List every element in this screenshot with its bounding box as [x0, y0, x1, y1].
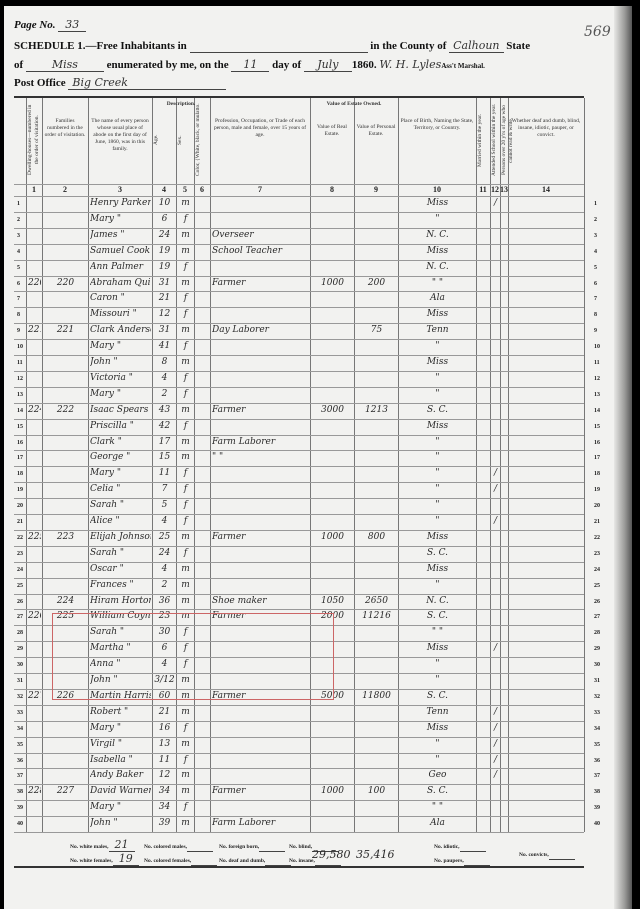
cell-birth: " [400, 389, 475, 399]
cell-family: 224 [44, 596, 87, 606]
row-rule [14, 387, 584, 388]
cell-sex: f [178, 468, 193, 478]
deaf-dumb-label: No. deaf and dumb, [219, 858, 265, 864]
row-number-left: 7 [17, 296, 20, 302]
row-rule [14, 212, 584, 213]
cell-family: 223 [44, 532, 87, 542]
row-number-right: 37 [594, 773, 600, 779]
column-divider [476, 98, 477, 832]
idiotic: No. idiotic, [434, 838, 486, 852]
cell-occupation: " " [212, 452, 309, 462]
page-no-value: 33 [58, 18, 86, 32]
row-number-right: 22 [594, 535, 600, 541]
cell-birth: S. C. [400, 548, 475, 558]
cell-sex: m [178, 786, 193, 796]
county-label: in the County of [370, 40, 446, 52]
cell-age: 4 [154, 373, 175, 383]
cell-birth: " [400, 516, 475, 526]
cell-name: Sarah " [90, 548, 151, 558]
census-sheet: Page No. 33 569 SCHEDULE 1.—Free Inhabit… [4, 6, 632, 909]
cell-birth: " [400, 341, 475, 351]
column-divider [398, 98, 399, 832]
cell-family: 220 [44, 278, 87, 288]
row-number-right: 13 [594, 392, 600, 398]
cell-sex: m [178, 580, 193, 590]
row-number-left: 12 [17, 376, 23, 382]
cell-sex: f [178, 293, 193, 303]
cell-sex: m [178, 230, 193, 240]
colored-males: No. colored males, [144, 838, 213, 852]
cell-age: 39 [154, 818, 175, 828]
row-rule [14, 816, 584, 817]
row-number-left: 27 [17, 614, 23, 620]
cell-birth: S. C. [400, 786, 475, 796]
cell-birth: Miss [400, 246, 475, 256]
cell-age: 16 [154, 723, 175, 733]
cell-age: 4 [154, 564, 175, 574]
cell-name: Elijah Johnson [90, 532, 151, 542]
cell-family: 221 [44, 325, 87, 335]
cell-name: Isaac Spears [90, 405, 151, 415]
cell-sex: f [178, 373, 193, 383]
cell-personal: 800 [356, 532, 397, 542]
cell-school: / [492, 723, 499, 733]
cell-age: 4 [154, 516, 175, 526]
row-number-right: 6 [594, 281, 597, 287]
cell-birth: " [400, 373, 475, 383]
cell-birth: " [400, 739, 475, 749]
row-number-right: 7 [594, 296, 597, 302]
row-number-left: 25 [17, 583, 23, 589]
cell-sex: m [178, 818, 193, 828]
row-number-right: 24 [594, 567, 600, 573]
column-number-10: 10 [398, 185, 476, 194]
cell-sex: f [178, 516, 193, 526]
column-header-11: Married within the year. [477, 102, 489, 178]
foreign-born-label: No. foreign born, [219, 844, 259, 850]
cell-school: / [492, 707, 499, 717]
cell-family: 222 [44, 405, 87, 415]
of-label: of [14, 59, 23, 71]
cell-name: Hiram Horton [90, 596, 151, 606]
row-rule [14, 832, 584, 833]
row-number-right: 9 [594, 328, 597, 334]
row-number-left: 2 [17, 217, 20, 223]
cell-age: 13 [154, 739, 175, 749]
day-value: 11 [231, 58, 269, 72]
cell-sex: f [178, 484, 193, 494]
state-label: State [506, 40, 530, 52]
cell-age: 17 [154, 437, 175, 447]
column-divider [194, 98, 195, 832]
row-rule [14, 450, 584, 451]
cell-name: Mary " [90, 389, 151, 399]
row-number-left: 10 [17, 344, 23, 350]
row-number-left: 18 [17, 471, 23, 477]
cell-school: / [492, 739, 499, 749]
cell-birth: " " [400, 802, 475, 812]
cell-age: 11 [154, 468, 175, 478]
cell-name: Mary " [90, 341, 151, 351]
cell-birth: " [400, 484, 475, 494]
row-rule [14, 482, 584, 483]
day-of-label: day of [272, 59, 301, 71]
convicts: No. convicts, [519, 846, 575, 860]
blind-label: No. blind, [289, 844, 312, 850]
real-estate-total: 29,580 [312, 848, 351, 861]
cell-name: Isabella " [90, 755, 151, 765]
row-rule [14, 768, 584, 769]
column-header-14: Whether deaf and dumb, blind, insane, id… [510, 118, 582, 139]
cell-age: 5 [154, 500, 175, 510]
row-number-left: 17 [17, 455, 23, 461]
row-rule [14, 466, 584, 467]
cell-occupation: Farm Laborer [212, 437, 309, 447]
row-number-right: 5 [594, 265, 597, 271]
cell-occupation: Farmer [212, 532, 309, 542]
column-number-5: 5 [176, 185, 194, 194]
cell-name: Henry Parker [90, 198, 151, 208]
cell-birth: " [400, 500, 475, 510]
cell-name: Mary " [90, 723, 151, 733]
row-rule [14, 371, 584, 372]
cell-dwelling: 224 [28, 405, 41, 415]
cell-occupation: Farmer [212, 405, 309, 415]
cell-name: Victoria " [90, 373, 151, 383]
row-number-left: 24 [17, 567, 23, 573]
white-females-label: No. white females, [70, 858, 113, 864]
cell-age: 15 [154, 452, 175, 462]
cell-name: Mary " [90, 214, 151, 224]
row-number-right: 40 [594, 821, 600, 827]
row-number-left: 32 [17, 694, 23, 700]
cell-sex: m [178, 452, 193, 462]
cell-birth: Ala [400, 818, 475, 828]
cell-birth: Tenn [400, 325, 475, 335]
cell-personal: 200 [356, 278, 397, 288]
row-number-right: 36 [594, 758, 600, 764]
paupers: No. paupers, [434, 852, 490, 866]
cell-real: 3000 [312, 405, 353, 415]
cell-age: 25 [154, 532, 175, 542]
cell-age: 21 [154, 707, 175, 717]
cell-personal: 75 [356, 325, 397, 335]
cell-family: 227 [44, 786, 87, 796]
row-number-left: 23 [17, 551, 23, 557]
group-header-description: Description. [152, 101, 210, 108]
cell-age: 31 [154, 325, 175, 335]
cell-occupation: Day Laborer [212, 325, 309, 335]
cell-occupation: Shoe maker [212, 596, 309, 606]
cell-age: 12 [154, 309, 175, 319]
cell-birth: " [400, 659, 475, 669]
row-number-right: 33 [594, 710, 600, 716]
cell-age: 41 [154, 341, 175, 351]
row-number-right: 4 [594, 249, 597, 255]
cell-birth: Miss [400, 723, 475, 733]
row-number-left: 14 [17, 408, 23, 414]
column-header-6: Color, {White, black, or mulatto. [195, 102, 209, 178]
column-header-13: Persons over 20 y'rs of age who cannot r… [501, 102, 507, 178]
column-header-2: Families numbered in the order of visita… [44, 118, 86, 139]
cell-dwelling: 227 [28, 691, 41, 701]
row-number-left: 30 [17, 662, 23, 668]
cell-sex: m [178, 532, 193, 542]
post-office-line: Post Office Big Creek [14, 76, 226, 90]
row-number-left: 37 [17, 773, 23, 779]
column-header-8: Value of Real Estate. [312, 124, 352, 138]
row-number-right: 27 [594, 614, 600, 620]
column-header-5: Sex. [177, 102, 193, 178]
row-rule [14, 562, 584, 563]
row-number-right: 29 [594, 646, 600, 652]
row-number-right: 28 [594, 630, 600, 636]
cell-sex: f [178, 421, 193, 431]
column-divider [490, 98, 491, 832]
cell-name: Celia " [90, 484, 151, 494]
row-rule [14, 530, 584, 531]
column-divider [508, 98, 509, 832]
cell-age: 24 [154, 548, 175, 558]
row-number-right: 32 [594, 694, 600, 700]
row-number-right: 11 [594, 360, 600, 366]
cell-name: Mary " [90, 468, 151, 478]
cell-occupation: Overseer [212, 230, 309, 240]
column-number-9: 9 [354, 185, 398, 194]
row-number-left: 8 [17, 312, 20, 318]
cell-birth: Ala [400, 293, 475, 303]
idiotic-value [460, 838, 486, 852]
row-rule [14, 578, 584, 579]
cell-sex: m [178, 246, 193, 256]
cell-birth: " [400, 437, 475, 447]
state-value: Miss [26, 58, 104, 72]
row-rule [14, 307, 584, 308]
cell-personal: 2650 [356, 596, 397, 606]
cell-sex: m [178, 357, 193, 367]
row-rule [14, 498, 584, 499]
personal-estate-total: 35,416 [356, 848, 395, 861]
cell-age: 7 [154, 484, 175, 494]
cell-birth: N. C. [400, 262, 475, 272]
county-value: Calhoun [449, 39, 503, 53]
row-number-right: 19 [594, 487, 600, 493]
row-number-left: 11 [17, 360, 23, 366]
column-header-3: The name of every person whose usual pla… [90, 118, 150, 153]
column-number-6: 6 [194, 185, 210, 194]
cell-birth: Miss [400, 309, 475, 319]
column-number-7: 7 [210, 185, 310, 194]
row-number-right: 38 [594, 789, 600, 795]
cell-occupation: Farm Laborer [212, 818, 309, 828]
row-rule [14, 228, 584, 229]
cell-school: / [492, 516, 499, 526]
cell-sex: m [178, 325, 193, 335]
page-number: Page No. 33 [14, 18, 86, 32]
row-number-left: 21 [17, 519, 23, 525]
cell-sex: f [178, 500, 193, 510]
cell-birth: " " [400, 278, 475, 288]
column-header-1: Dwelling-houses—numbered in the order of… [27, 102, 41, 178]
cell-dwelling: 228 [28, 786, 41, 796]
cell-name: Clark Anderson [90, 325, 151, 335]
cell-birth: Miss [400, 532, 475, 542]
column-number-2: 2 [42, 185, 88, 194]
column-number-13: 13 [500, 185, 508, 194]
cell-age: 2 [154, 389, 175, 399]
cell-birth: " [400, 580, 475, 590]
cell-personal: 11216 [356, 611, 397, 621]
row-number-right: 30 [594, 662, 600, 668]
row-rule [14, 546, 584, 547]
cell-age: 19 [154, 246, 175, 256]
month-value: July [304, 58, 352, 72]
cell-name: John " [90, 818, 151, 828]
white-males-label: No. white males, [70, 844, 109, 850]
cell-age: 8 [154, 357, 175, 367]
row-rule [14, 800, 584, 801]
row-rule [14, 260, 584, 261]
marshal-name: W. H. Lyles [379, 58, 441, 71]
row-number-left: 5 [17, 265, 20, 271]
row-rule [14, 721, 584, 722]
post-office-value: Big Creek [68, 76, 226, 90]
cell-birth: " [400, 755, 475, 765]
cell-birth: Miss [400, 564, 475, 574]
insane-label: No. insane, [289, 858, 315, 864]
cell-name: Mary " [90, 802, 151, 812]
column-header-12: Attended School within the year. [491, 102, 499, 178]
cell-occupation: Farmer [212, 786, 309, 796]
schedule-label: SCHEDULE 1.—Free Inhabitants in [14, 40, 187, 52]
cell-name: Caron " [90, 293, 151, 303]
cell-birth: S. C. [400, 691, 475, 701]
cell-age: 21 [154, 293, 175, 303]
cell-name: Samuel Cook [90, 246, 151, 256]
row-number-right: 12 [594, 376, 600, 382]
cell-name: Andy Baker [90, 770, 151, 780]
cell-sex: m [178, 707, 193, 717]
cell-sex: f [178, 723, 193, 733]
cell-name: George " [90, 452, 151, 462]
cell-sex: f [178, 214, 193, 224]
cell-sex: m [178, 564, 193, 574]
footer-rule [14, 866, 584, 868]
marshal-label: Ass't Marshal. [441, 62, 485, 70]
cell-age: 10 [154, 198, 175, 208]
row-number-right: 1 [594, 201, 597, 207]
row-number-left: 13 [17, 392, 23, 398]
colored-females-label: No. colored females, [144, 858, 191, 864]
row-number-left: 39 [17, 805, 23, 811]
cell-dwelling: 220 [28, 278, 41, 288]
foreign-born-value [259, 838, 285, 852]
row-number-left: 28 [17, 630, 23, 636]
cell-name: Missouri " [90, 309, 151, 319]
column-header-7: Profession, Occupation, or Trade of each… [212, 118, 308, 139]
row-number-left: 33 [17, 710, 23, 716]
row-number-right: 2 [594, 217, 597, 223]
row-number-left: 38 [17, 789, 23, 795]
colored-males-label: No. colored males, [144, 844, 187, 850]
cell-name: Priscilla " [90, 421, 151, 431]
cell-name: Virgil " [90, 739, 151, 749]
header-rule [14, 196, 584, 197]
column-divider [210, 98, 211, 832]
cell-personal: 1213 [356, 405, 397, 415]
row-number-left: 20 [17, 503, 23, 509]
cell-name: Abraham Quinn [90, 278, 151, 288]
column-number-3: 3 [88, 185, 152, 194]
row-rule [14, 609, 584, 610]
cell-real: 1050 [312, 596, 353, 606]
row-number-right: 10 [594, 344, 600, 350]
cell-name: Oscar " [90, 564, 151, 574]
cell-name: Clark " [90, 437, 151, 447]
post-office-label: Post Office [14, 77, 66, 89]
row-number-right: 15 [594, 424, 600, 430]
census-table: Dwelling-houses—numbered in the order of… [14, 96, 584, 850]
deaf-dumb: No. deaf and dumb, [219, 852, 291, 866]
row-number-right: 20 [594, 503, 600, 509]
row-number-right: 17 [594, 455, 600, 461]
cell-name: Ann Palmer [90, 262, 151, 272]
cell-sex: f [178, 309, 193, 319]
cell-birth: Tenn [400, 707, 475, 717]
header-rule [14, 184, 584, 185]
cell-sex: f [178, 389, 193, 399]
cell-age: 34 [154, 802, 175, 812]
column-divider [584, 98, 585, 832]
cell-sex: m [178, 739, 193, 749]
cell-sex: f [178, 262, 193, 272]
cell-personal: 11800 [356, 691, 397, 701]
enumerated-label: enumerated by me, on the [107, 59, 229, 71]
cell-age: 12 [154, 770, 175, 780]
schedule-line: SCHEDULE 1.—Free Inhabitants in in the C… [14, 39, 530, 53]
row-number-left: 4 [17, 249, 20, 255]
cell-name: David Warner [90, 786, 151, 796]
column-number-1: 1 [26, 185, 42, 194]
column-divider [176, 98, 177, 832]
cell-sex: m [178, 770, 193, 780]
cell-sex: f [178, 755, 193, 765]
group-header-value-of-estate: Value of Estate Owned. [310, 101, 398, 108]
row-rule [14, 276, 584, 277]
cell-birth: S. C. [400, 611, 475, 621]
row-rule [14, 339, 584, 340]
cell-name: Frances " [90, 580, 151, 590]
cell-school: / [492, 484, 499, 494]
cell-sex: m [178, 405, 193, 415]
row-number-right: 18 [594, 471, 600, 477]
cell-name: Robert " [90, 707, 151, 717]
row-rule [14, 419, 584, 420]
cell-sex: m [178, 437, 193, 447]
cell-school: / [492, 643, 499, 653]
stamp-number: 569 [584, 24, 611, 40]
column-divider [42, 98, 43, 832]
cell-birth: Miss [400, 357, 475, 367]
cell-occupation: Farmer [212, 278, 309, 288]
row-number-left: 22 [17, 535, 23, 541]
row-number-left: 36 [17, 758, 23, 764]
enumeration-line: of Miss enumerated by me, on the 11 day … [14, 58, 485, 72]
column-header-10: Place of Birth, Naming the State, Territ… [400, 118, 474, 132]
colored-males-value [187, 838, 213, 852]
colored-females: No. colored females, [144, 852, 217, 866]
cell-age: 34 [154, 786, 175, 796]
